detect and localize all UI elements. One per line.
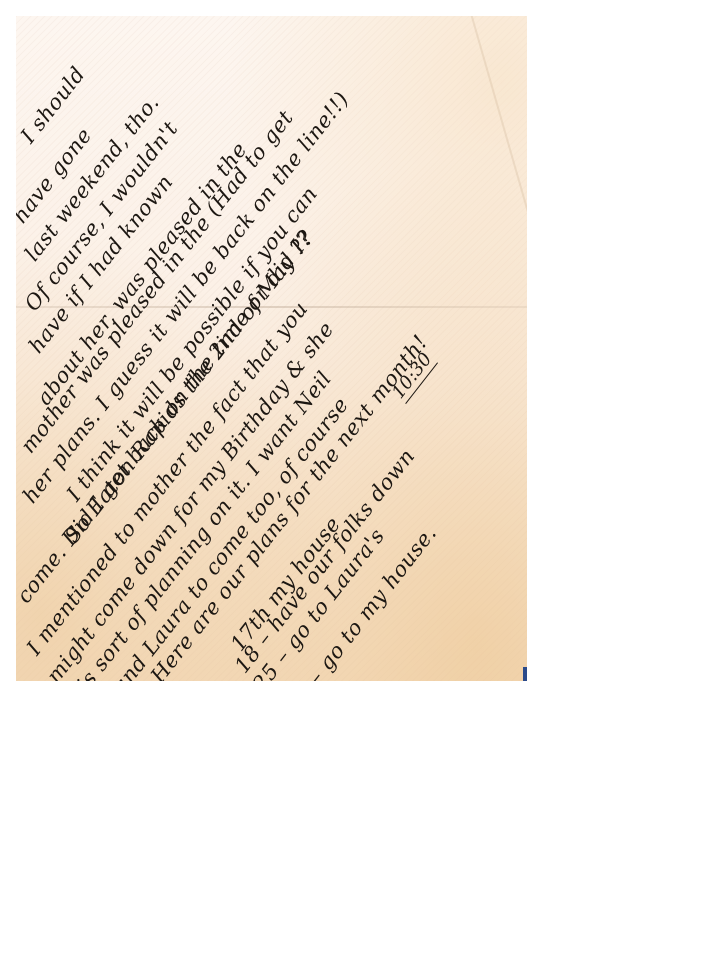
letter-paper: I should have gone last weekend, tho. Of… — [16, 16, 527, 681]
handwritten-text: I should have gone last weekend, tho. Of… — [16, 16, 527, 681]
page-canvas: I should have gone last weekend, tho. Of… — [0, 0, 720, 960]
